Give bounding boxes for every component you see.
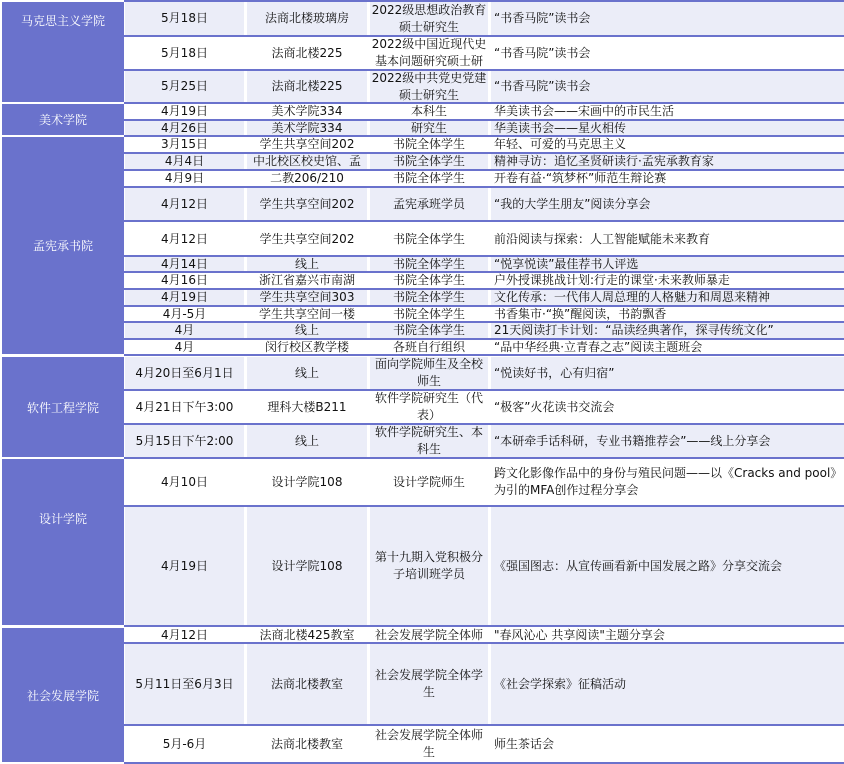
location-cell: 学生共享空间一楼 xyxy=(247,307,367,321)
date-cell: 5月-6月 xyxy=(125,726,244,762)
audience-text: 书院全体学生 xyxy=(393,290,465,305)
activity-text: 年轻、可爱的马克思主义 xyxy=(494,137,626,152)
date-cell: 4月19日 xyxy=(125,290,244,305)
location-cell: 学生共享空间202 xyxy=(247,223,367,255)
audience-text: 书院全体学生 xyxy=(393,231,465,248)
activity-cell: 年轻、可爱的马克思主义 xyxy=(491,137,844,152)
location-cell: 线上 xyxy=(247,323,367,338)
audience-text: 2022级中国近现代史基本问题研究硕士研 xyxy=(370,37,488,69)
audience-cell: 书院全体学生 xyxy=(370,290,488,305)
department-cell: 美术学院 xyxy=(2,104,124,135)
location-text: 线上 xyxy=(295,257,319,271)
date-text: 4月 xyxy=(175,340,195,354)
date-text: 4月26日 xyxy=(161,121,208,135)
activity-cell: 开卷有益·“筑梦杯”师范生辩论赛 xyxy=(491,171,844,186)
date-text: 4月4日 xyxy=(165,154,204,169)
audience-text: 设计学院师生 xyxy=(393,474,465,491)
activity-cell: “书香马院”读书会 xyxy=(491,37,844,69)
activity-text: “我的大学生朋友”阅读分享会 xyxy=(494,196,650,213)
date-cell: 5月18日 xyxy=(125,2,244,35)
audience-text: 社会发展学院全体学生 xyxy=(370,667,488,701)
department-name: 软件工程学院 xyxy=(27,399,99,416)
row-border xyxy=(124,220,844,222)
activity-cell: 书香集市·“换”醒阅读，书韵飘香 xyxy=(491,307,844,321)
audience-cell: 设计学院师生 xyxy=(370,459,488,505)
row-border xyxy=(124,354,844,356)
activity-text: “书香马院”读书会 xyxy=(494,78,590,95)
audience-text: 书院全体学生 xyxy=(393,273,465,288)
location-cell: 学生共享空间202 xyxy=(247,188,367,220)
date-cell: 4月26日 xyxy=(125,121,244,135)
audience-text: 软件学院研究生（代表） xyxy=(370,391,488,423)
activity-cell: 《强国图志：从宣传画看新中国发展之路》分享交流会 xyxy=(491,507,844,625)
date-text: 4月19日 xyxy=(161,290,208,305)
location-text: 设计学院108 xyxy=(272,558,343,575)
activity-cell: "春风沁心 共享阅读"主题分享会 xyxy=(491,628,844,642)
date-text: 5月18日 xyxy=(161,45,208,62)
date-cell: 4月16日 xyxy=(125,273,244,288)
activity-cell: 华美读书会——宋画中的市民生活 xyxy=(491,104,844,119)
date-text: 4月12日 xyxy=(161,196,208,213)
date-cell: 5月11日至6月3日 xyxy=(125,644,244,724)
audience-cell: 书院全体学生 xyxy=(370,171,488,186)
date-text: 5月15日下午2:00 xyxy=(136,433,234,450)
activity-cell: 精神寻访：追忆圣贤研读行·孟宪承教育家 xyxy=(491,154,844,169)
location-cell: 美术学院334 xyxy=(247,121,367,135)
audience-cell: 2022级中国近现代史基本问题研究硕士研 xyxy=(370,37,488,69)
date-text: 4月12日 xyxy=(161,628,208,642)
date-cell: 4月21日下午3:00 xyxy=(125,391,244,423)
date-cell: 4月12日 xyxy=(125,188,244,220)
activity-cell: 21天阅读打卡计划：“品读经典著作，探寻传统文化” xyxy=(491,323,844,338)
audience-cell: 书院全体学生 xyxy=(370,223,488,255)
activity-text: “悦享悦读”最佳荐书人评选 xyxy=(494,257,638,271)
activity-text: “书香马院”读书会 xyxy=(494,10,590,27)
activity-cell: 跨文化影像作品中的身份与殖民问题——以《Cracks and pool》为引的M… xyxy=(491,459,844,505)
audience-text: 书院全体学生 xyxy=(393,154,465,169)
audience-cell: 2022级中共党史党建硕士研究生 xyxy=(370,71,488,102)
location-cell: 法商北楼225 xyxy=(247,37,367,69)
activity-cell: 户外授课挑战计划:行走的课堂·未来教师暴走 xyxy=(491,273,844,288)
department-separator xyxy=(2,354,124,356)
location-text: 法商北楼225 xyxy=(272,45,343,62)
audience-cell: 各班自行组织 xyxy=(370,340,488,354)
date-text: 5月11日至6月3日 xyxy=(135,676,233,693)
date-text: 4月21日下午3:00 xyxy=(136,399,234,416)
audience-text: 书院全体学生 xyxy=(393,323,465,338)
date-text: 5月18日 xyxy=(161,10,208,27)
activity-text: "春风沁心 共享阅读"主题分享会 xyxy=(494,628,665,642)
activity-text: “极客”火花读书交流会 xyxy=(494,399,614,416)
audience-cell: 研究生 xyxy=(370,121,488,135)
date-cell: 3月15日 xyxy=(125,137,244,152)
location-text: 学生共享空间一楼 xyxy=(259,307,355,321)
department-name: 设计学院 xyxy=(39,510,87,527)
activity-cell: “书香马院”读书会 xyxy=(491,71,844,102)
activity-text: 21天阅读打卡计划：“品读经典著作，探寻传统文化” xyxy=(494,323,774,338)
department-separator xyxy=(2,625,124,627)
audience-text: 书院全体学生 xyxy=(393,307,465,321)
location-text: 学生共享空间202 xyxy=(260,196,355,213)
location-cell: 设计学院108 xyxy=(247,459,367,505)
location-text: 学生共享空间303 xyxy=(260,290,355,305)
department-cell: 孟宪承书院 xyxy=(2,137,124,354)
activity-text: 华美读书会——宋画中的市民生活 xyxy=(494,104,674,119)
department-cell: 软件工程学院 xyxy=(2,357,124,457)
audience-cell: 书院全体学生 xyxy=(370,307,488,321)
audience-text: 面向学院师生及全校师生 xyxy=(370,357,488,389)
location-text: 学生共享空间202 xyxy=(260,231,355,248)
location-cell: 二教206/210 xyxy=(247,171,367,186)
location-text: 法商北楼玻璃房 xyxy=(265,10,349,27)
location-cell: 线上 xyxy=(247,257,367,271)
activity-cell: 华美读书会——星火相传 xyxy=(491,121,844,135)
location-text: 线上 xyxy=(295,323,319,338)
location-cell: 法商北楼225 xyxy=(247,71,367,102)
date-cell: 4月9日 xyxy=(125,171,244,186)
activity-cell: “书香马院”读书会 xyxy=(491,2,844,35)
audience-cell: 书院全体学生 xyxy=(370,154,488,169)
activity-table: 马克思主义学院5月18日法商北楼玻璃房2022级思想政治教育硕士研究生“书香马院… xyxy=(0,0,844,764)
audience-text: 2022级思想政治教育硕士研究生 xyxy=(370,2,488,35)
location-cell: 闵行校区教学楼 xyxy=(247,340,367,354)
date-text: 4月20日至6月1日 xyxy=(135,365,233,382)
audience-text: 各班自行组织 xyxy=(393,340,465,354)
location-text: 法商北楼425教室 xyxy=(260,628,355,642)
audience-text: 2022级中共党史党建硕士研究生 xyxy=(370,71,488,102)
location-text: 法商北楼教室 xyxy=(271,736,343,753)
location-cell: 理科大楼B211 xyxy=(247,391,367,423)
activity-cell: “品中华经典·立青春之志”阅读主题班会 xyxy=(491,340,844,354)
date-text: 4月19日 xyxy=(161,104,208,119)
activity-text: “书香马院”读书会 xyxy=(494,45,590,62)
audience-cell: 2022级思想政治教育硕士研究生 xyxy=(370,2,488,35)
department-name: 马克思主义学院 xyxy=(21,12,105,29)
activity-text: 书香集市·“换”醒阅读，书韵飘香 xyxy=(494,307,666,321)
date-cell: 4月10日 xyxy=(125,459,244,505)
location-cell: 美术学院334 xyxy=(247,104,367,119)
audience-cell: 书院全体学生 xyxy=(370,257,488,271)
location-cell: 学生共享空间303 xyxy=(247,290,367,305)
audience-text: 书院全体学生 xyxy=(393,137,465,152)
location-text: 闵行校区教学楼 xyxy=(265,340,349,354)
activity-text: 户外授课挑战计划:行走的课堂·未来教师暴走 xyxy=(494,273,730,288)
location-text: 学生共享空间202 xyxy=(260,137,355,152)
location-text: 浙江省嘉兴市南湖 xyxy=(259,273,355,288)
date-cell: 4月20日至6月1日 xyxy=(125,357,244,389)
activity-text: 跨文化影像作品中的身份与殖民问题——以《Cracks and pool》为引的M… xyxy=(494,465,844,499)
row-border xyxy=(124,625,844,627)
activity-text: 《强国图志：从宣传画看新中国发展之路》分享交流会 xyxy=(494,558,782,575)
location-cell: 学生共享空间202 xyxy=(247,137,367,152)
activity-cell: “悦享悦读”最佳荐书人评选 xyxy=(491,257,844,271)
audience-text: 孟宪承班学员 xyxy=(393,196,465,213)
activity-text: “悦读好书，心有归宿” xyxy=(494,365,614,382)
location-text: 线上 xyxy=(295,365,319,382)
date-cell: 5月18日 xyxy=(125,37,244,69)
audience-text: 书院全体学生 xyxy=(393,171,465,186)
activity-cell: “悦读好书，心有归宿” xyxy=(491,357,844,389)
location-text: 美术学院334 xyxy=(272,104,343,119)
audience-text: 社会发展学院全体师生 xyxy=(370,727,488,761)
audience-cell: 第十九期入党积极分子培训班学员 xyxy=(370,507,488,625)
audience-cell: 书院全体学生 xyxy=(370,273,488,288)
location-cell: 法商北楼教室 xyxy=(247,644,367,724)
department-cell: 设计学院 xyxy=(2,459,124,625)
location-cell: 浙江省嘉兴市南湖 xyxy=(247,273,367,288)
location-text: 设计学院108 xyxy=(272,474,343,491)
date-text: 4月14日 xyxy=(161,257,208,271)
date-text: 4月16日 xyxy=(161,273,208,288)
location-cell: 线上 xyxy=(247,425,367,457)
audience-text: 书院全体学生 xyxy=(393,257,465,271)
date-text: 4月 xyxy=(175,323,195,338)
date-cell: 4月14日 xyxy=(125,257,244,271)
activity-cell: “本研牵手话科研，专业书籍推荐会”——线上分享会 xyxy=(491,425,844,457)
date-text: 4月12日 xyxy=(161,231,208,248)
date-cell: 4月12日 xyxy=(125,628,244,642)
location-text: 理科大楼B211 xyxy=(267,399,346,416)
activity-text: “本研牵手话科研，专业书籍推荐会”——线上分享会 xyxy=(494,433,770,450)
activity-text: 《社会学探索》征稿活动 xyxy=(494,676,626,693)
date-text: 5月-6月 xyxy=(163,736,207,753)
location-cell: 法商北楼玻璃房 xyxy=(247,2,367,35)
activity-cell: 《社会学探索》征稿活动 xyxy=(491,644,844,724)
date-text: 4月-5月 xyxy=(163,307,207,321)
date-text: 3月15日 xyxy=(161,137,208,152)
location-text: 美术学院334 xyxy=(272,121,343,135)
date-text: 4月10日 xyxy=(161,474,208,491)
department-cell: 社会发展学院 xyxy=(2,628,124,762)
activity-cell: “极客”火花读书交流会 xyxy=(491,391,844,423)
location-text: 线上 xyxy=(295,433,319,450)
department-name: 美术学院 xyxy=(39,111,87,128)
audience-cell: 软件学院研究生、本科生 xyxy=(370,425,488,457)
location-text: 二教206/210 xyxy=(270,171,344,186)
audience-cell: 本科生 xyxy=(370,104,488,119)
activity-text: 精神寻访：追忆圣贤研读行·孟宪承教育家 xyxy=(494,154,714,169)
activity-text: 开卷有益·“筑梦杯”师范生辩论赛 xyxy=(494,171,666,186)
location-cell: 法商北楼教室 xyxy=(247,726,367,762)
location-cell: 线上 xyxy=(247,357,367,389)
activity-cell: 师生茶话会 xyxy=(491,726,844,762)
date-cell: 4月 xyxy=(125,340,244,354)
date-cell: 4月-5月 xyxy=(125,307,244,321)
date-cell: 5月25日 xyxy=(125,71,244,102)
audience-text: 社会发展学院全体师 xyxy=(375,628,483,642)
date-cell: 4月4日 xyxy=(125,154,244,169)
audience-cell: 孟宪承班学员 xyxy=(370,188,488,220)
date-text: 4月9日 xyxy=(165,171,204,186)
activity-cell: “我的大学生朋友”阅读分享会 xyxy=(491,188,844,220)
location-text: 法商北楼225 xyxy=(272,78,343,95)
department-cell: 马克思主义学院 xyxy=(2,2,124,102)
location-text: 法商北楼教室 xyxy=(271,676,343,693)
audience-text: 第十九期入党积极分子培训班学员 xyxy=(370,549,488,583)
audience-cell: 软件学院研究生（代表） xyxy=(370,391,488,423)
activity-text: 师生茶话会 xyxy=(494,736,554,753)
activity-text: “品中华经典·立青春之志”阅读主题班会 xyxy=(494,340,702,354)
activity-cell: 前沿阅读与探索：人工智能赋能未来教育 xyxy=(491,223,844,255)
location-cell: 法商北楼425教室 xyxy=(247,628,367,642)
date-text: 5月25日 xyxy=(161,78,208,95)
activity-text: 前沿阅读与探索：人工智能赋能未来教育 xyxy=(494,231,710,248)
date-cell: 4月19日 xyxy=(125,104,244,119)
activity-text: 文化传承：一代伟人周总理的人格魅力和周恩来精神 xyxy=(494,290,770,305)
date-cell: 5月15日下午2:00 xyxy=(125,425,244,457)
audience-cell: 书院全体学生 xyxy=(370,323,488,338)
audience-text: 本科生 xyxy=(411,104,447,119)
date-cell: 4月19日 xyxy=(125,507,244,625)
audience-cell: 面向学院师生及全校师生 xyxy=(370,357,488,389)
location-cell: 设计学院108 xyxy=(247,507,367,625)
audience-text: 研究生 xyxy=(411,121,447,135)
audience-cell: 社会发展学院全体师 xyxy=(370,628,488,642)
location-cell: 中北校区校史馆、孟 xyxy=(247,154,367,169)
department-name: 社会发展学院 xyxy=(27,687,99,704)
location-text: 中北校区校史馆、孟 xyxy=(253,154,361,169)
activity-text: 华美读书会——星火相传 xyxy=(494,121,626,135)
date-text: 4月19日 xyxy=(161,558,208,575)
activity-cell: 文化传承：一代伟人周总理的人格魅力和周恩来精神 xyxy=(491,290,844,305)
department-name: 孟宪承书院 xyxy=(33,237,93,254)
audience-cell: 书院全体学生 xyxy=(370,137,488,152)
audience-cell: 社会发展学院全体师生 xyxy=(370,726,488,762)
audience-cell: 社会发展学院全体学生 xyxy=(370,644,488,724)
date-cell: 4月 xyxy=(125,323,244,338)
date-cell: 4月12日 xyxy=(125,223,244,255)
audience-text: 软件学院研究生、本科生 xyxy=(370,425,488,457)
